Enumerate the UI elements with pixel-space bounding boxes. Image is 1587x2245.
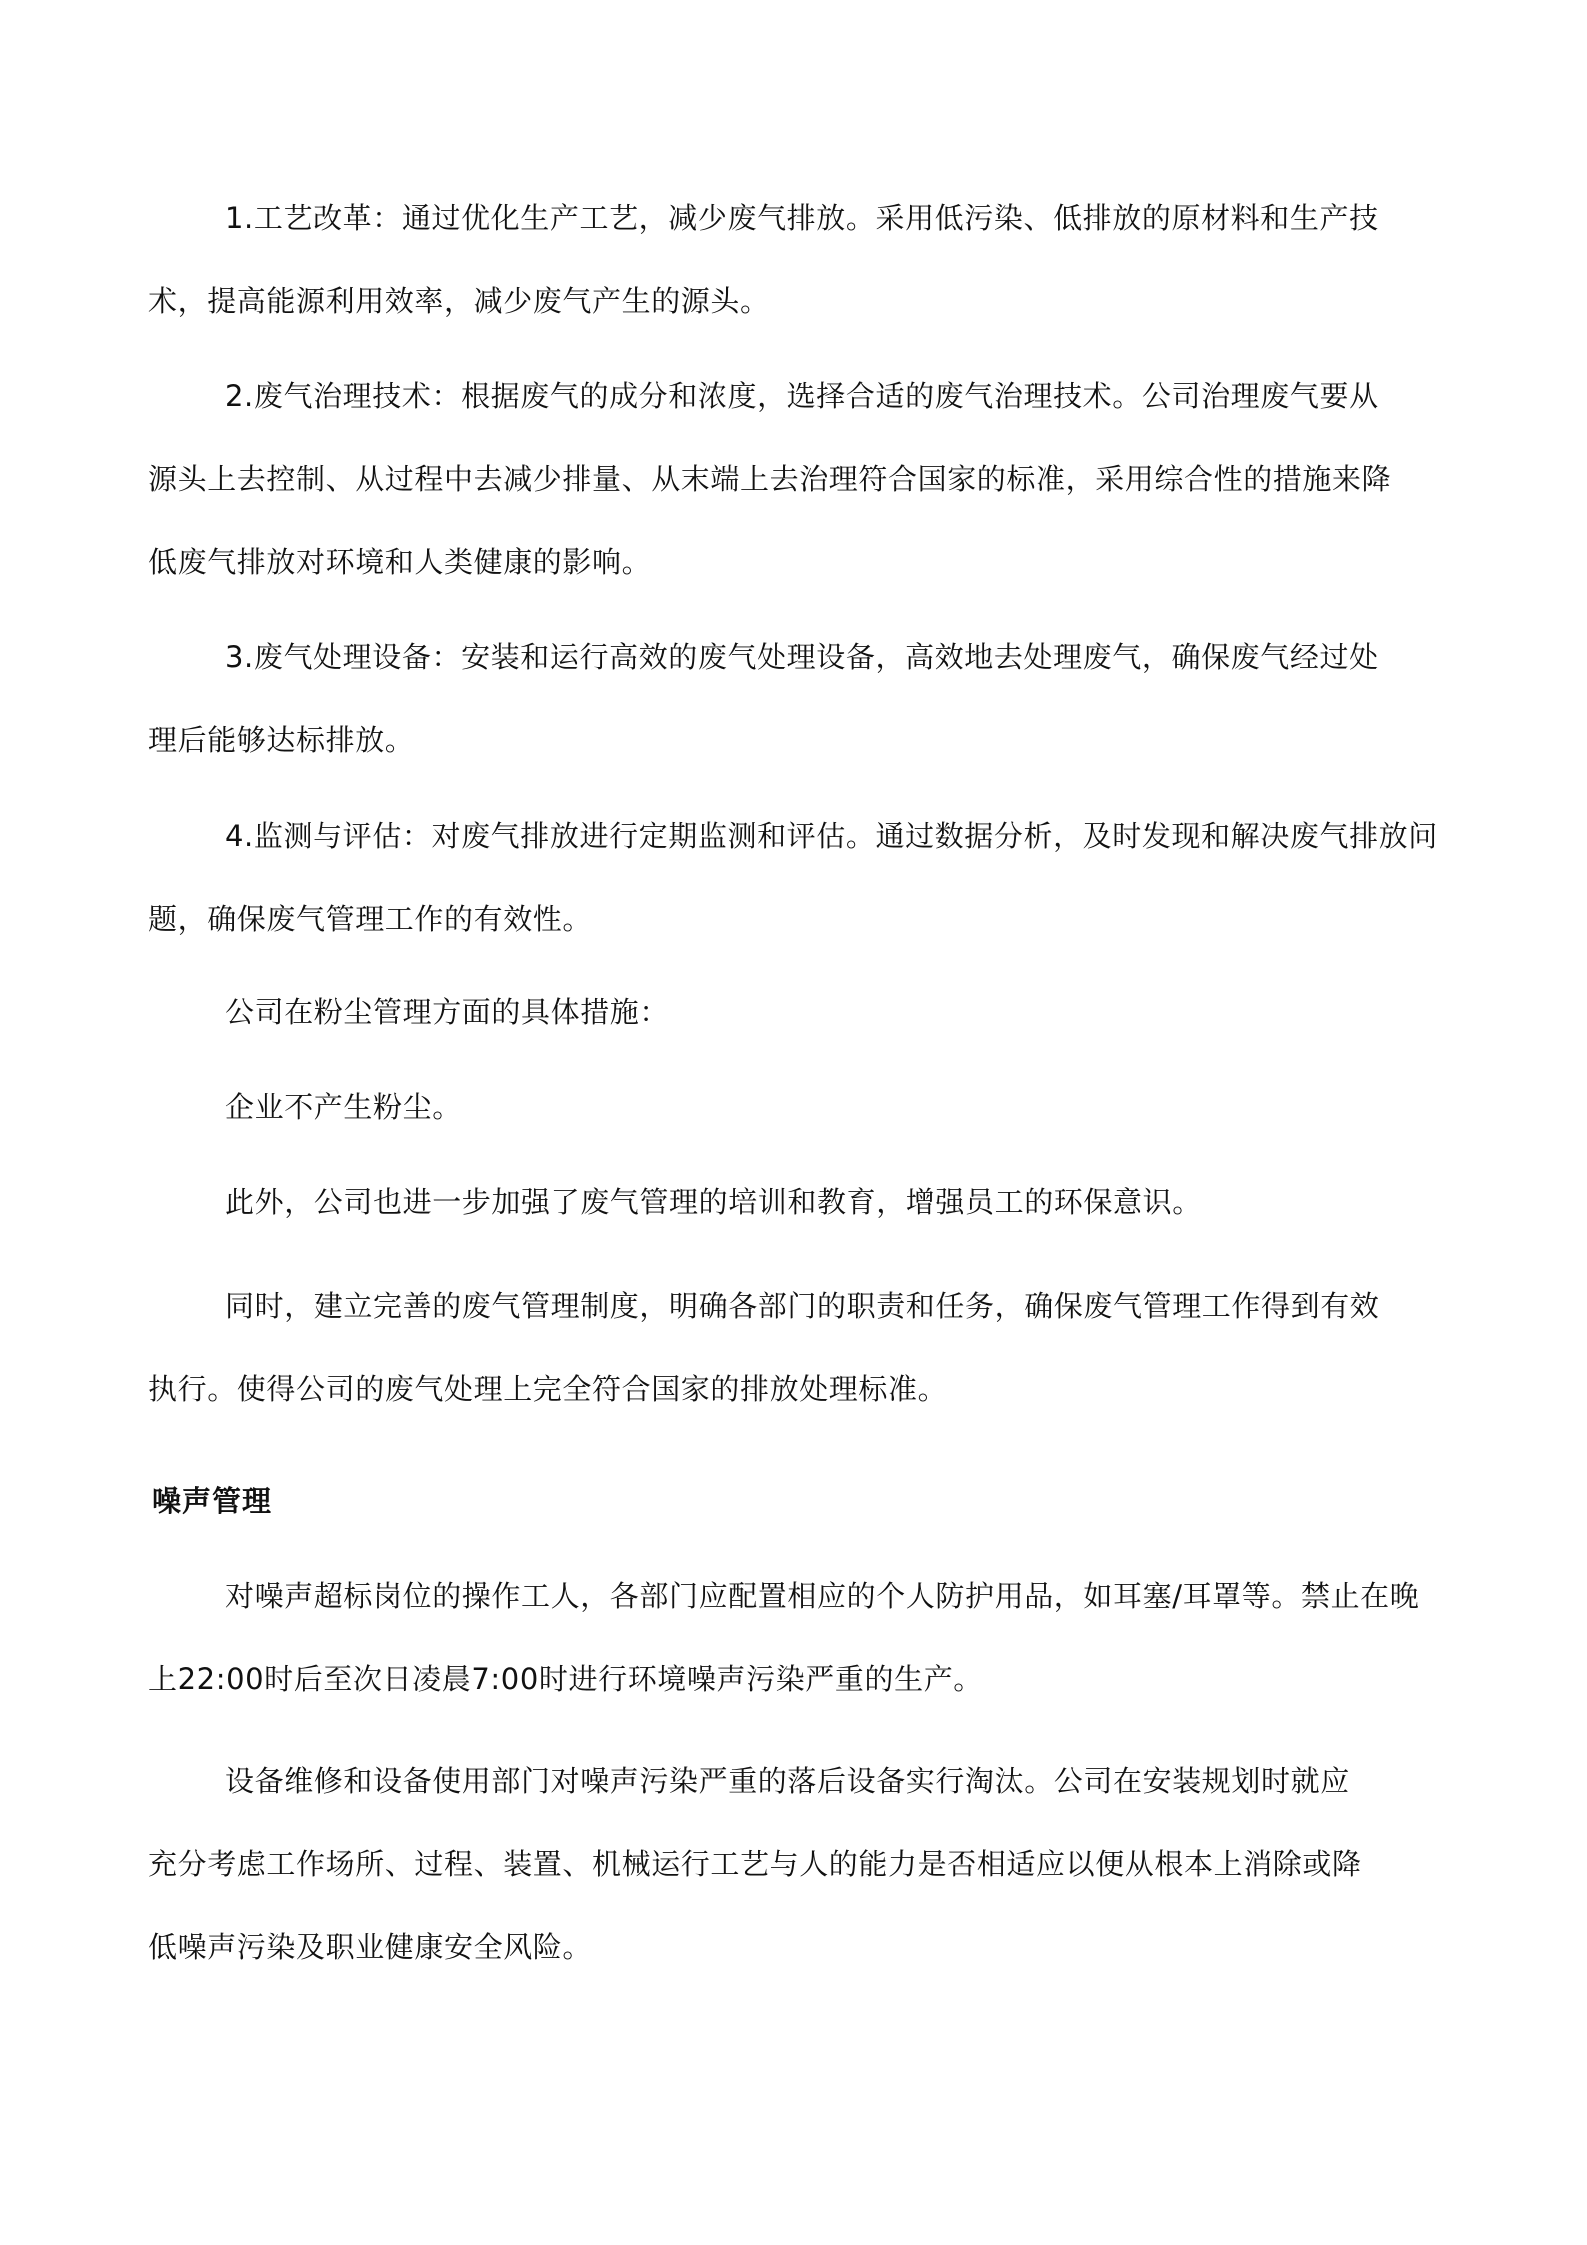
paragraph-process-reform: 1.工艺改革：通过优化生产工艺，减少废气排放。采用低污染、低排放的原材料和生产技… xyxy=(148,177,1448,343)
paragraph-line: 执行。使得公司的废气处理上完全符合国家的排放处理标准。 xyxy=(148,1348,1448,1431)
paragraph-line: 3.废气处理设备：安装和运行高效的废气处理设备，高效地去处理废气，确保废气经过处 xyxy=(148,616,1448,699)
paragraph-equipment-elimination: 设备维修和设备使用部门对噪声污染严重的落后设备实行淘汰。公司在安装规划时就应 充… xyxy=(148,1740,1448,1989)
paragraph-line: 低噪声污染及职业健康安全风险。 xyxy=(148,1906,1448,1989)
paragraph-line: 源头上去控制、从过程中去减少排量、从末端上去治理符合国家的标准，采用综合性的措施… xyxy=(148,438,1448,521)
paragraph-no-dust: 企业不产生粉尘。 xyxy=(148,1066,1448,1149)
paragraph-noise-protection: 对噪声超标岗位的操作工人，各部门应配置相应的个人防护用品，如耳塞/耳罩等。禁止在… xyxy=(148,1555,1448,1721)
paragraph-line: 1.工艺改革：通过优化生产工艺，减少废气排放。采用低污染、低排放的原材料和生产技 xyxy=(148,177,1448,260)
document-page: 1.工艺改革：通过优化生产工艺，减少废气排放。采用低污染、低排放的原材料和生产技… xyxy=(0,0,1587,2245)
paragraph-exhaust-equipment: 3.废气处理设备：安装和运行高效的废气处理设备，高效地去处理废气，确保废气经过处… xyxy=(148,616,1448,782)
section-heading-noise-management: 噪声管理 xyxy=(152,1460,272,1543)
paragraph-line: 同时，建立完善的废气管理制度，明确各部门的职责和任务，确保废气管理工作得到有效 xyxy=(148,1265,1448,1348)
paragraph-management-system: 同时，建立完善的废气管理制度，明确各部门的职责和任务，确保废气管理工作得到有效 … xyxy=(148,1265,1448,1431)
paragraph-line: 公司在粉尘管理方面的具体措施： xyxy=(148,971,1448,1054)
paragraph-line: 企业不产生粉尘。 xyxy=(148,1066,1448,1149)
paragraph-line: 题，确保废气管理工作的有效性。 xyxy=(148,878,1448,961)
paragraph-line: 设备维修和设备使用部门对噪声污染严重的落后设备实行淘汰。公司在安装规划时就应 xyxy=(148,1740,1448,1823)
paragraph-line: 4.监测与评估：对废气排放进行定期监测和评估。通过数据分析，及时发现和解决废气排… xyxy=(148,795,1448,878)
paragraph-line: 上22:00时后至次日凌晨7:00时进行环境噪声污染严重的生产。 xyxy=(148,1638,1448,1721)
paragraph-line: 2.废气治理技术：根据废气的成分和浓度，选择合适的废气治理技术。公司治理废气要从 xyxy=(148,355,1448,438)
paragraph-line: 理后能够达标排放。 xyxy=(148,699,1448,782)
paragraph-dust-measures-intro: 公司在粉尘管理方面的具体措施： xyxy=(148,971,1448,1054)
paragraph-line: 此外，公司也进一步加强了废气管理的培训和教育，增强员工的环保意识。 xyxy=(148,1161,1448,1244)
paragraph-line: 术，提高能源利用效率，减少废气产生的源头。 xyxy=(148,260,1448,343)
paragraph-training: 此外，公司也进一步加强了废气管理的培训和教育，增强员工的环保意识。 xyxy=(148,1161,1448,1244)
paragraph-line: 充分考虑工作场所、过程、装置、机械运行工艺与人的能力是否相适应以便从根本上消除或… xyxy=(148,1823,1448,1906)
paragraph-line: 对噪声超标岗位的操作工人，各部门应配置相应的个人防护用品，如耳塞/耳罩等。禁止在… xyxy=(148,1555,1448,1638)
paragraph-line: 低废气排放对环境和人类健康的影响。 xyxy=(148,521,1448,604)
paragraph-exhaust-treatment-tech: 2.废气治理技术：根据废气的成分和浓度，选择合适的废气治理技术。公司治理废气要从… xyxy=(148,355,1448,604)
paragraph-monitoring-evaluation: 4.监测与评估：对废气排放进行定期监测和评估。通过数据分析，及时发现和解决废气排… xyxy=(148,795,1448,961)
